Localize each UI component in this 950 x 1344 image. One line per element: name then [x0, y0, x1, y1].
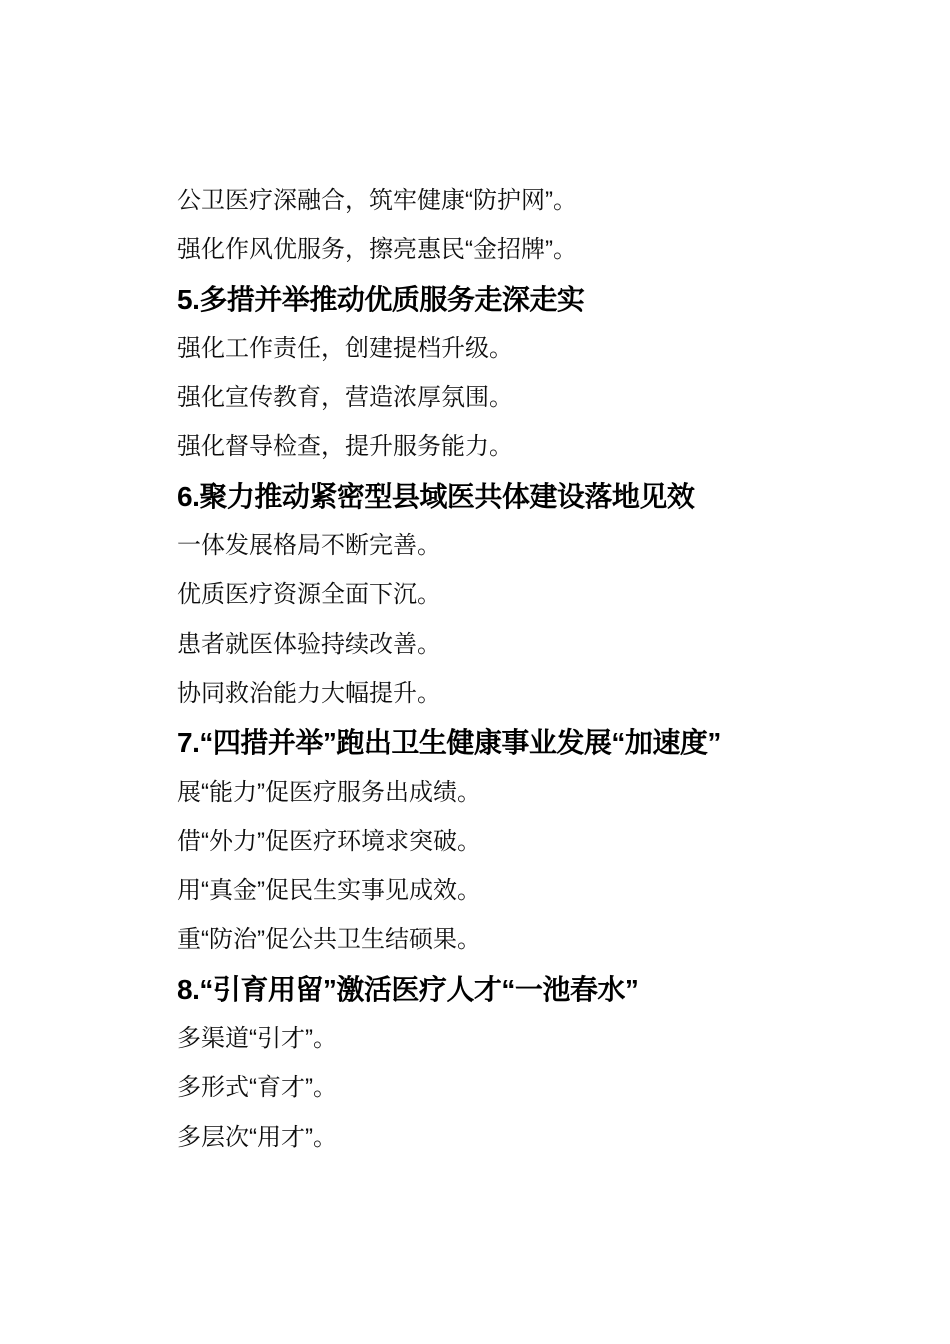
section-heading: 6.聚力推动紧密型县域医共体建设落地见效 — [177, 472, 897, 521]
paragraph: 患者就医体验持续改善。 — [177, 620, 897, 669]
section-heading: 5.多措并举推动优质服务走深走实 — [177, 275, 897, 324]
paragraph: 强化督导检查，提升服务能力。 — [177, 422, 897, 471]
paragraph: 优质医疗资源全面下沉。 — [177, 570, 897, 619]
paragraph: 借“外力”促医疗环境求突破。 — [177, 817, 897, 866]
paragraph: 协同救治能力大幅提升。 — [177, 669, 897, 718]
section-heading: 7.“四措并举”跑出卫生健康事业发展“加速度” — [177, 718, 897, 767]
paragraph: 多渠道“引才”。 — [177, 1014, 897, 1063]
section-heading: 8.“引育用留”激活医疗人才“一池春水” — [177, 965, 897, 1014]
document-content: 公卫医疗深融合，筑牢健康“防护网”。强化作风优服务，擦亮惠民“金招牌”。5.多措… — [177, 176, 897, 1162]
document-page: 公卫医疗深融合，筑牢健康“防护网”。强化作风优服务，擦亮惠民“金招牌”。5.多措… — [0, 0, 950, 1344]
paragraph: 展“能力”促医疗服务出成绩。 — [177, 768, 897, 817]
paragraph: 强化宣传教育，营造浓厚氛围。 — [177, 373, 897, 422]
paragraph: 公卫医疗深融合，筑牢健康“防护网”。 — [177, 176, 897, 225]
paragraph: 多层次“用才”。 — [177, 1113, 897, 1162]
paragraph: 一体发展格局不断完善。 — [177, 521, 897, 570]
paragraph: 多形式“育才”。 — [177, 1063, 897, 1112]
paragraph: 强化作风优服务，擦亮惠民“金招牌”。 — [177, 225, 897, 274]
paragraph: 重“防治”促公共卫生结硕果。 — [177, 915, 897, 964]
paragraph: 强化工作责任，创建提档升级。 — [177, 324, 897, 373]
paragraph: 用“真金”促民生实事见成效。 — [177, 866, 897, 915]
